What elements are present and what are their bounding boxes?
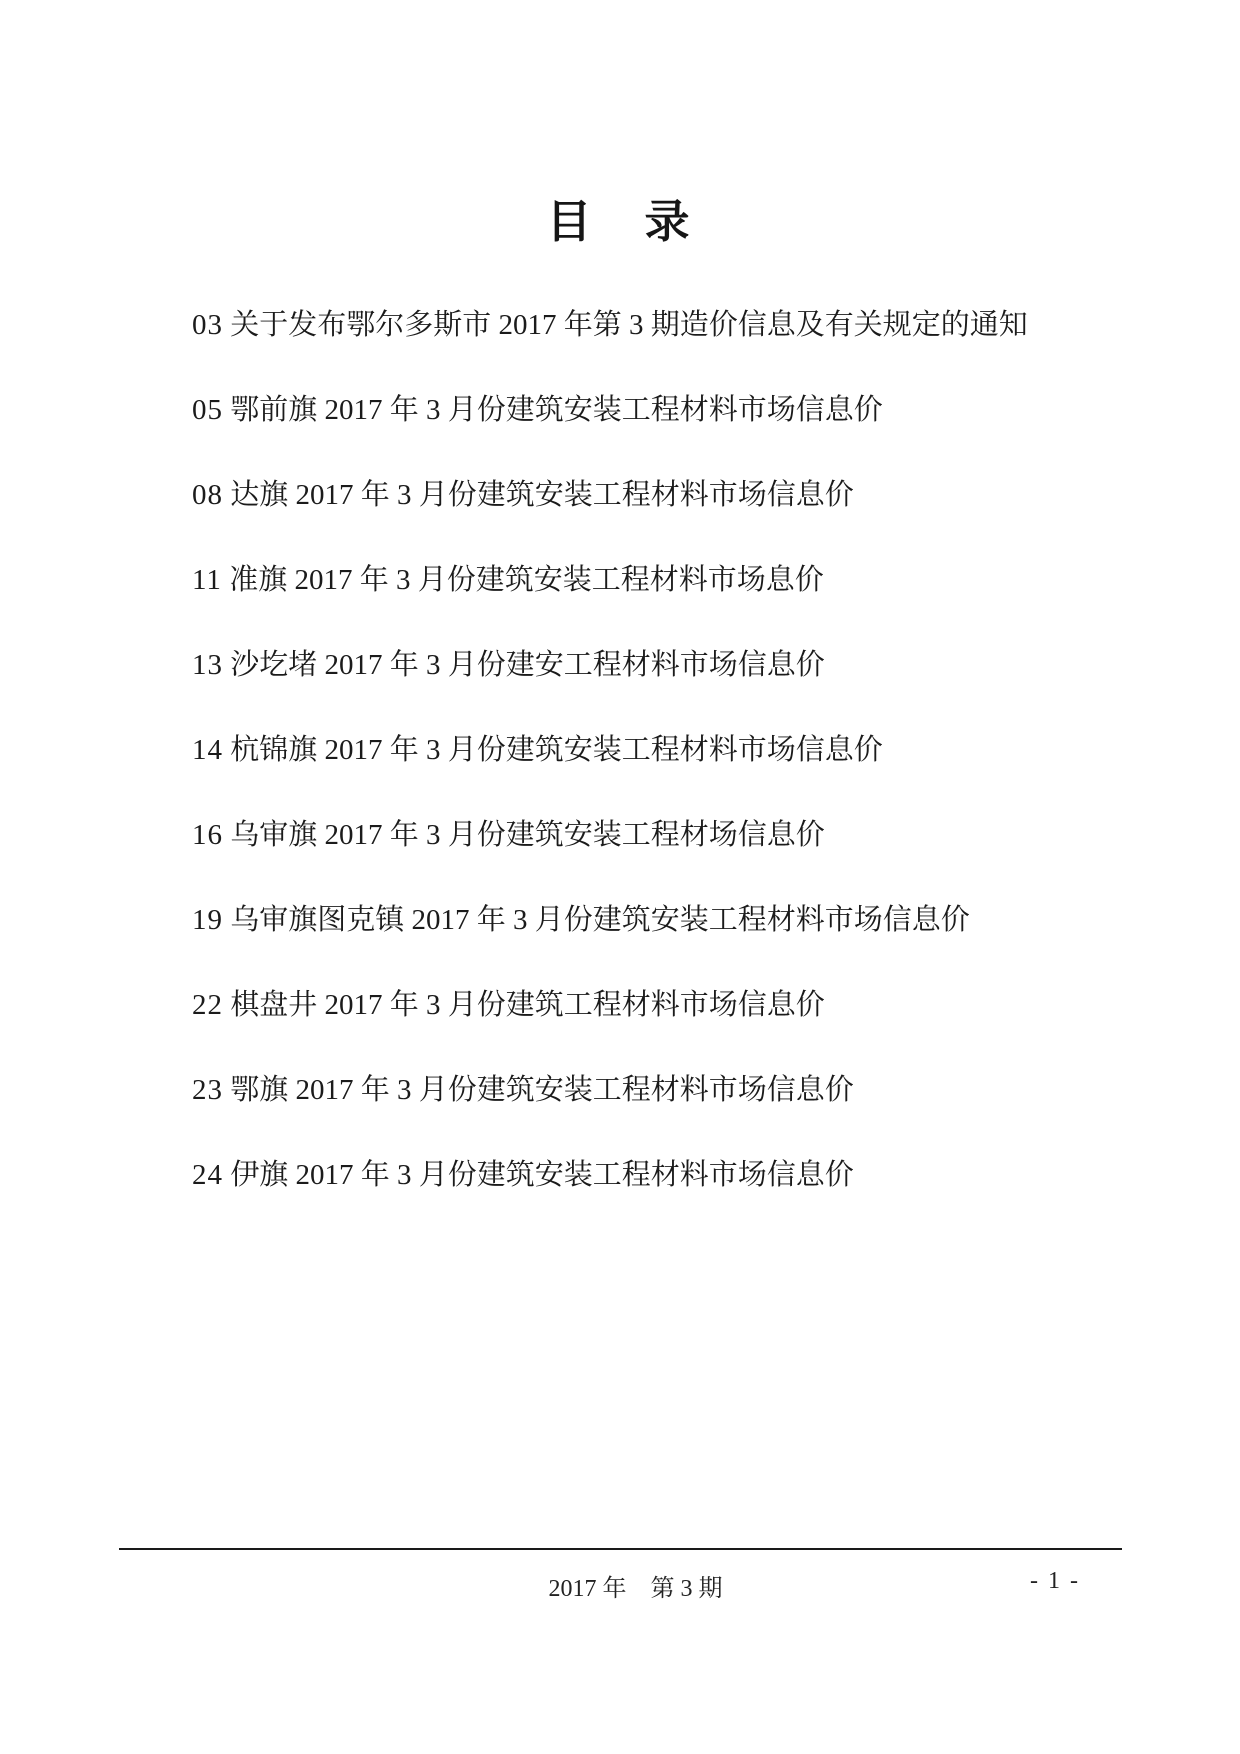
toc-entry: 19 乌审旗图克镇 2017 年 3 月份建筑安装工程材料市场信息价 [192,904,1180,936]
toc-entry-title: 准旗 2017 年 3 月份建筑安装工程材料市场息价 [229,564,824,596]
toc-entry-title: 杭锦旗 2017 年 3 月份建筑安装工程材料市场信息价 [230,734,883,766]
toc-entry-page-number: 22 [192,989,223,1021]
toc-entry-title: 沙圪堵 2017 年 3 月份建安工程材料市场信息价 [230,649,825,681]
toc-entry: 11 准旗 2017 年 3 月份建筑安装工程材料市场息价 [192,564,1180,596]
toc-entry-page-number: 19 [192,904,223,936]
page-title: 目 录 [0,0,1240,249]
toc-list: 03 关于发布鄂尔多斯市 2017 年第 3 期造价信息及有关规定的通知 05 … [0,309,1240,1191]
toc-entry-page-number: 14 [192,734,223,766]
toc-entry: 23 鄂旗 2017 年 3 月份建筑安装工程材料市场信息价 [192,1074,1180,1106]
toc-entry-title: 达旗 2017 年 3 月份建筑安装工程材料市场信息价 [230,479,854,511]
toc-entry: 05 鄂前旗 2017 年 3 月份建筑安装工程材料市场信息价 [192,394,1180,426]
document-page: 目 录 03 关于发布鄂尔多斯市 2017 年第 3 期造价信息及有关规定的通知… [0,0,1240,1754]
toc-entry: 14 杭锦旗 2017 年 3 月份建筑安装工程材料市场信息价 [192,734,1180,766]
toc-entry-title: 乌审旗图克镇 2017 年 3 月份建筑安装工程材料市场信息价 [230,904,970,936]
toc-entry: 22 棋盘井 2017 年 3 月份建筑工程材料市场信息价 [192,989,1180,1021]
toc-entry-page-number: 05 [192,394,223,426]
toc-entry: 03 关于发布鄂尔多斯市 2017 年第 3 期造价信息及有关规定的通知 [192,309,1180,341]
toc-entry-page-number: 03 [192,309,223,341]
toc-entry-page-number: 11 [192,564,222,596]
page-footer: 2017 年 第 3 期 - 1 - [119,1568,1122,1603]
toc-entry-title: 鄂前旗 2017 年 3 月份建筑安装工程材料市场信息价 [230,394,883,426]
toc-entry-title: 关于发布鄂尔多斯市 2017 年第 3 期造价信息及有关规定的通知 [230,309,1028,341]
toc-entry-page-number: 24 [192,1159,223,1191]
toc-entry: 16 乌审旗 2017 年 3 月份建筑安装工程材场信息价 [192,819,1180,851]
toc-entry-page-number: 23 [192,1074,223,1106]
toc-entry-title: 伊旗 2017 年 3 月份建筑安装工程材料市场信息价 [230,1159,854,1191]
toc-entry: 24 伊旗 2017 年 3 月份建筑安装工程材料市场信息价 [192,1159,1180,1191]
toc-entry-page-number: 08 [192,479,223,511]
toc-entry-page-number: 13 [192,649,223,681]
toc-entry-title: 鄂旗 2017 年 3 月份建筑安装工程材料市场信息价 [230,1074,854,1106]
toc-entry-title: 棋盘井 2017 年 3 月份建筑工程材料市场信息价 [230,989,825,1021]
footer-divider [119,1548,1122,1550]
footer-page-number: - 1 - [1030,1568,1080,1595]
toc-entry-title: 乌审旗 2017 年 3 月份建筑安装工程材场信息价 [230,819,825,851]
toc-entry: 08 达旗 2017 年 3 月份建筑安装工程材料市场信息价 [192,479,1180,511]
footer-issue-label: 2017 年 第 3 期 [119,1568,1122,1603]
toc-entry: 13 沙圪堵 2017 年 3 月份建安工程材料市场信息价 [192,649,1180,681]
toc-entry-page-number: 16 [192,819,223,851]
